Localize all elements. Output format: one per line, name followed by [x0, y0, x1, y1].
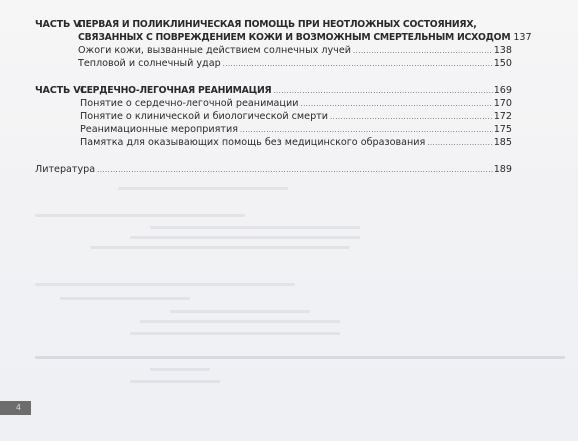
- entry-title: Ожоги кожи, вызванные действием солнечны…: [78, 44, 352, 57]
- dot-leader: [223, 58, 493, 71]
- page-number: 185: [494, 136, 512, 149]
- page-number: 169: [494, 84, 512, 97]
- page-number-tab: 4: [0, 401, 31, 415]
- entry-title: Литература: [35, 163, 96, 176]
- page-number: 137: [513, 31, 531, 44]
- dot-leader: [427, 137, 492, 150]
- toc-entry-part-vi[interactable]: ЧАСТЬ VI. СЕРДЕЧНО-ЛЕГОЧНАЯ РЕАНИМАЦИЯ 1…: [0, 84, 578, 97]
- toc-entry[interactable]: Ожоги кожи, вызванные действием солнечны…: [0, 44, 578, 57]
- part-label: ЧАСТЬ V.: [35, 18, 83, 31]
- dot-leader: [97, 164, 493, 177]
- book-page: ЧАСТЬ V. ПЕРВАЯ И ПОЛИКЛИНИЧЕСКАЯ ПОМОЩЬ…: [0, 0, 578, 441]
- toc-entry-part-v[interactable]: СВЯЗАННЫХ С ПОВРЕЖДЕНИЕМ КОЖИ И ВОЗМОЖНЫ…: [0, 31, 578, 44]
- page-number: 189: [494, 163, 512, 176]
- entry-title: Памятка для оказывающих помощь без медиц…: [80, 136, 426, 149]
- part-title: ПЕРВАЯ И ПОЛИКЛИНИЧЕСКАЯ ПОМОЩЬ ПРИ НЕОТ…: [78, 18, 478, 31]
- entry-title: Понятие о сердечно-легочной реанимации: [80, 97, 299, 110]
- page-number: 172: [494, 110, 512, 123]
- page-number: 170: [494, 97, 512, 110]
- entry-title: Тепловой и солнечный удар: [78, 57, 222, 70]
- toc-part-v-line1: ЧАСТЬ V. ПЕРВАЯ И ПОЛИКЛИНИЧЕСКАЯ ПОМОЩЬ…: [0, 18, 578, 31]
- page-number: 175: [494, 123, 512, 136]
- part-title: СВЯЗАННЫХ С ПОВРЕЖДЕНИЕМ КОЖИ И ВОЗМОЖНЫ…: [78, 31, 511, 44]
- page-number: 150: [494, 57, 512, 70]
- toc-entry[interactable]: Памятка для оказывающих помощь без медиц…: [0, 136, 578, 149]
- page-number: 138: [494, 44, 512, 57]
- toc-entry[interactable]: Понятие о клинической и биологической см…: [0, 110, 578, 123]
- toc-entry[interactable]: Понятие о сердечно-легочной реанимации 1…: [0, 97, 578, 110]
- toc-entry-literature[interactable]: Литература 189: [0, 163, 578, 176]
- part-title: СЕРДЕЧНО-ЛЕГОЧНАЯ РЕАНИМАЦИЯ: [80, 84, 272, 97]
- toc-entry[interactable]: Тепловой и солнечный удар 150: [0, 57, 578, 70]
- entry-title: Понятие о клинической и биологической см…: [80, 110, 329, 123]
- toc-entry[interactable]: Реанимационные мероприятия 175: [0, 123, 578, 136]
- entry-title: Реанимационные мероприятия: [80, 123, 239, 136]
